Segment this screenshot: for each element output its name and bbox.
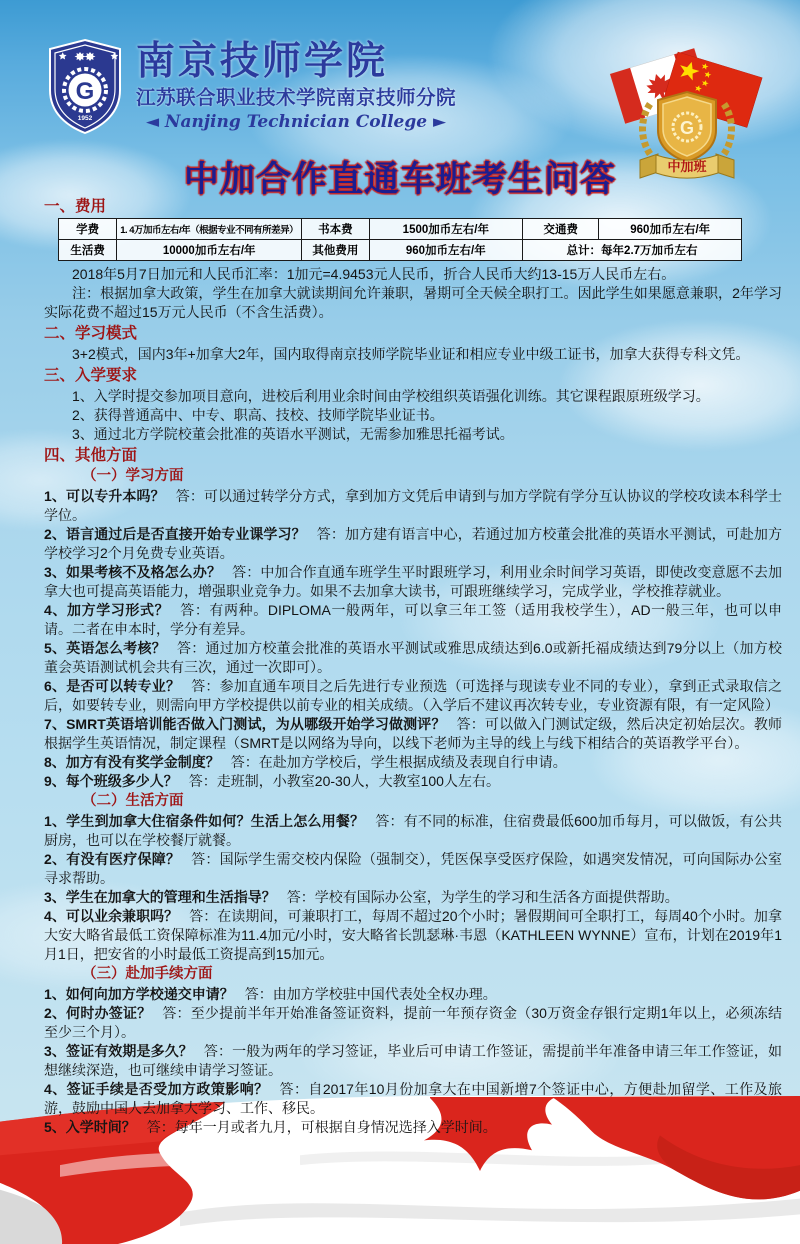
qa-item: 7、SMRT英语培训能否做入门测试，为从哪级开始学习做测评？答：可以做入门测试定… xyxy=(44,715,782,753)
fees-note: 注：根据加拿大政策，学生在加拿大就读期间允许兼职，暑期可全天候全职打工。因此学生… xyxy=(44,284,782,322)
college-english-name: ◄ Nanjing Technician College ► xyxy=(136,112,456,132)
table-cell: 生活费 xyxy=(59,240,117,261)
poster-page: G 1952 南京技师学院 江苏联合职业技术学院南京技师分院 ◄ Nanjing… xyxy=(0,0,800,1244)
table-row: 学费 1. 4万加币左右/年（根据专业不同有所差异） 书本费 1500加币左右/… xyxy=(59,219,742,240)
question: 1、学生到加拿大住宿条件如何？生活上怎么用餐？ xyxy=(44,813,364,829)
qa-list-study: 1、可以专升本吗？答：可以通过转学分方式，拿到加方文凭后申请到与加方学院有学分互… xyxy=(44,487,782,791)
question: 2、语言通过后是否直接开始专业课学习？ xyxy=(44,526,306,542)
list-item: 1、入学时提交参加项目意向，进校后利用业余时间由学校组织英语强化训练。其它课程跟… xyxy=(44,387,782,406)
qa-item: 9、每个班级多少人？答：走班制，小教室20-30人，大教室100人左右。 xyxy=(44,772,782,791)
qa-item: 2、语言通过后是否直接开始专业课学习？答：加方建有语言中心，若通过加方校董会批准… xyxy=(44,525,782,563)
table-cell: 10000加币左右/年 xyxy=(117,240,302,261)
question: 7、SMRT英语培训能否做入门测试，为从哪级开始学习做测评？ xyxy=(44,716,446,732)
qa-item: 2、有没有医疗保障？答：国际学生需交校内保险（强制交），凭医保享受医疗保险，如遇… xyxy=(44,850,782,888)
answer: 答：由加方学校驻中国代表处全权办理。 xyxy=(245,986,497,1002)
table-row: 生活费 10000加币左右/年 其他费用 960加币左右/年 总计：每年2.7万… xyxy=(59,240,742,261)
table-cell: 960加币左右/年 xyxy=(599,219,742,240)
question: 5、英语怎么考核？ xyxy=(44,640,166,656)
qa-item: 3、签证有效期是多久？答：一般为两年的学习签证，毕业后可申请工作签证，需提前半年… xyxy=(44,1042,782,1080)
question: 5、入学时间？ xyxy=(44,1119,136,1135)
content: 一、费用 学费 1. 4万加币左右/年（根据专业不同有所差异） 书本费 1500… xyxy=(44,195,782,1137)
question: 4、签证手续是否受加方政策影响？ xyxy=(44,1081,269,1097)
qa-item: 1、学生到加拿大住宿条件如何？生活上怎么用餐？答：有不同的标准，住宿费最低600… xyxy=(44,812,782,850)
qa-item: 4、加方学习形式？答：有两种。DIPLOMA一般两年，可以拿三年工签（适用我校学… xyxy=(44,601,782,639)
subsection-procedures-label: （三）赴加手续方面 xyxy=(82,965,782,984)
section-study-mode-heading: 二、学习模式 xyxy=(44,325,782,343)
logo-year: 1952 xyxy=(78,115,93,122)
qa-item: 8、加方有没有奖学金制度？答：在赴加方学校后，学生根据成绩及表现自行申请。 xyxy=(44,753,782,772)
college-logo-shield-icon: G 1952 xyxy=(44,38,126,136)
logo-letter: G xyxy=(76,78,95,105)
qa-item: 4、签证手续是否受加方政策影响？答：自2017年10月份加拿大在中国新增7个签证… xyxy=(44,1080,782,1118)
qa-item: 5、入学时间？答：每年一月或者九月，可根据自身情况选择入学时间。 xyxy=(44,1118,782,1137)
question: 2、有没有医疗保障？ xyxy=(44,851,180,867)
table-cell: 学费 xyxy=(59,219,117,240)
question: 1、可以专升本吗？ xyxy=(44,488,165,504)
section-fees-heading: 一、费用 xyxy=(44,198,782,216)
question: 3、如果考核不及格怎么办？ xyxy=(44,564,221,580)
admission-items: 1、入学时提交参加项目意向，进校后利用业余时间由学校组织英语强化训练。其它课程跟… xyxy=(44,387,782,444)
answer: 答：在赴加方学校后，学生根据成绩及表现自行申请。 xyxy=(231,754,567,770)
table-cell: 其他费用 xyxy=(302,240,369,261)
qa-item: 4、可以业余兼职吗？答：在读期间，可兼职打工，每周不超过20个小时；暑假期间可全… xyxy=(44,907,782,964)
answer: 答：走班制，小教室20-30人，大教室100人左右。 xyxy=(189,773,500,789)
question: 4、加方学习形式？ xyxy=(44,602,169,618)
section-admission-heading: 三、入学要求 xyxy=(44,367,782,385)
qa-item: 6、是否可以转专业？答：参加直通车项目之后先进行专业预选（可选择与现读专业不同的… xyxy=(44,677,782,715)
answer: 答：学校有国际办公室，为学生的学习和生活各方面提供帮助。 xyxy=(287,889,679,905)
fees-note: 2018年5月7日加元和人民币汇率：1加元=4.9453元人民币，折合人民币大约… xyxy=(44,265,782,284)
subsection-study-label: （一）学习方面 xyxy=(82,467,782,486)
study-mode-text: 3+2模式，国内3年+加拿大2年，国内取得南京技师学院毕业证和相应专业中级工证书… xyxy=(44,345,782,364)
subsection-life-label: （二）生活方面 xyxy=(82,792,782,811)
header: G 1952 南京技师学院 江苏联合职业技术学院南京技师分院 ◄ Nanjing… xyxy=(44,38,456,136)
college-subtitle: 江苏联合职业技术学院南京技师分院 xyxy=(136,86,456,110)
question: 8、加方有没有奖学金制度？ xyxy=(44,754,220,770)
qa-item: 2、何时办签证？答：至少提前半年开始准备签证资料，提前一年预存资金（30万资金存… xyxy=(44,1004,782,1042)
qa-item: 3、学生在加拿大的管理和生活指导？答：学校有国际办公室，为学生的学习和生活各方面… xyxy=(44,888,782,907)
question: 9、每个班级多少人？ xyxy=(44,773,178,789)
svg-text:G: G xyxy=(680,118,694,138)
qa-list-procedures: 1、如何向加方学校递交申请？答：由加方学校驻中国代表处全权办理。2、何时办签证？… xyxy=(44,985,782,1137)
table-cell-total: 总计：每年2.7万加币左右 xyxy=(523,240,742,261)
section-other-heading: 四、其他方面 xyxy=(44,447,782,465)
question: 6、是否可以转专业？ xyxy=(44,678,180,694)
list-item: 2、获得普通高中、中专、职高、技校、技师学院毕业证书。 xyxy=(44,406,782,425)
table-cell: 960加币左右/年 xyxy=(369,240,523,261)
answer: 答：每年一月或者九月，可根据自身情况选择入学时间。 xyxy=(147,1119,497,1135)
table-cell: 1. 4万加币左右/年（根据专业不同有所差异） xyxy=(117,219,302,240)
question: 1、如何向加方学校递交申请？ xyxy=(44,986,234,1002)
table-cell: 交通费 xyxy=(523,219,599,240)
question: 3、学生在加拿大的管理和生活指导？ xyxy=(44,889,276,905)
list-item: 3、通过北方学院校董会批准的英语水平测试，无需参加雅思托福考试。 xyxy=(44,425,782,444)
table-cell: 1500加币左右/年 xyxy=(369,219,523,240)
qa-item: 5、英语怎么考核？答：通过加方校董会批准的英语水平测试或雅思成绩达到6.0或新托… xyxy=(44,639,782,677)
answer: 答：至少提前半年开始准备签证资料，提前一年预存资金（30万资金存银行定期1年以上… xyxy=(44,1005,782,1040)
qa-item: 1、可以专升本吗？答：可以通过转学分方式，拿到加方文凭后申请到与加方学院有学分互… xyxy=(44,487,782,525)
college-name-block: 南京技师学院 江苏联合职业技术学院南京技师分院 ◄ Nanjing Techni… xyxy=(136,38,456,136)
table-cell: 书本费 xyxy=(302,219,369,240)
college-name: 南京技师学院 xyxy=(136,40,456,84)
qa-item: 3、如果考核不及格怎么办？答：中加合作直通车班学生平时跟班学习，利用业余时间学习… xyxy=(44,563,782,601)
question: 3、签证有效期是多久？ xyxy=(44,1043,193,1059)
qa-list-life: 1、学生到加拿大住宿条件如何？生活上怎么用餐？答：有不同的标准，住宿费最低600… xyxy=(44,812,782,964)
qa-item: 1、如何向加方学校递交申请？答：由加方学校驻中国代表处全权办理。 xyxy=(44,985,782,1004)
question: 4、可以业余兼职吗？ xyxy=(44,908,178,924)
question: 2、何时办签证？ xyxy=(44,1005,151,1021)
fees-table: 学费 1. 4万加币左右/年（根据专业不同有所差异） 书本费 1500加币左右/… xyxy=(58,218,742,261)
